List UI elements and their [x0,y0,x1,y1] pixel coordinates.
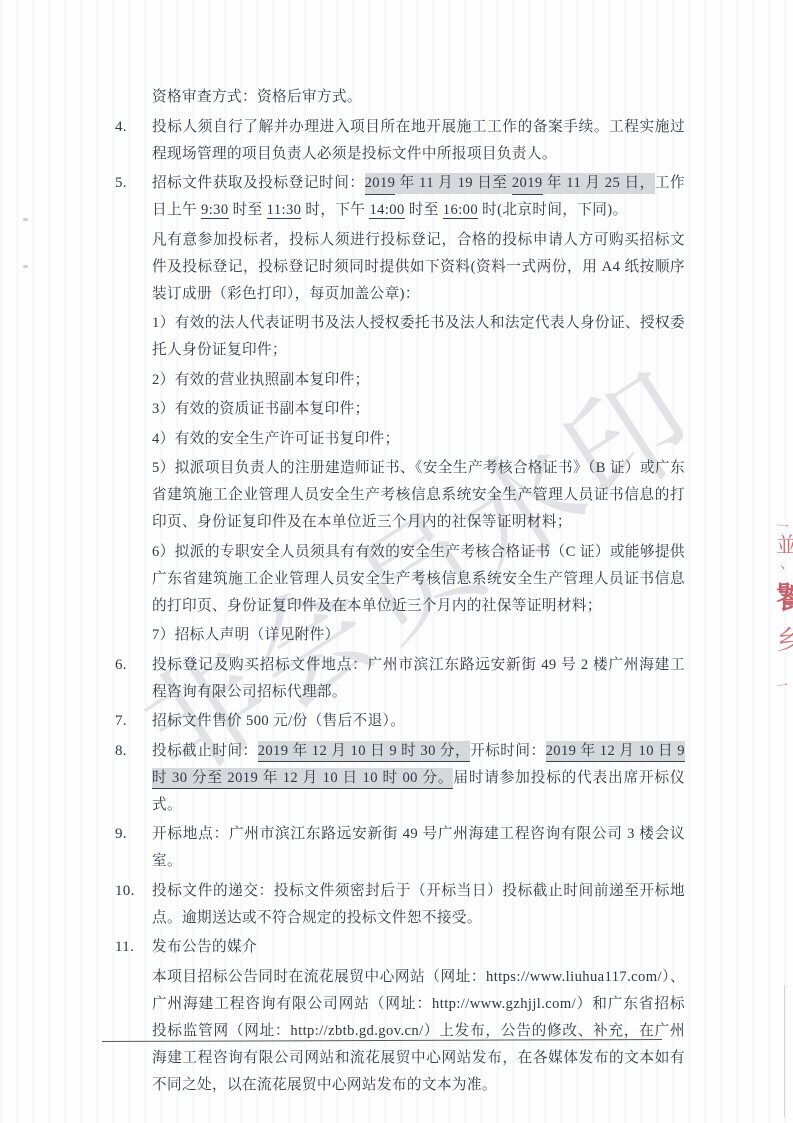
item-number [115,455,152,536]
item-number: 4. [115,114,152,168]
paragraph: 8.投标截止时间：2019 年 12 月 10 日 9 时 30 分，开标时间：… [115,738,685,819]
stamp-mark: 饕 [776,584,793,614]
paragraph-text: 1）有效的法人代表证明书及法人授权委托书及法人和法定代表人身份证、授权委托人身份… [152,310,685,364]
item-number [115,367,152,394]
scan-edge-line [784,985,785,1117]
stamp-mark: 丶 [776,562,788,574]
text-run: 年 11 月 25 日， [543,173,655,194]
paragraph: 资格审查方式：资格后审方式。 [115,84,685,111]
text-run: 2019 [365,173,396,195]
text-run: 3）有效的资质证书副本复印件； [152,401,370,417]
item-number [115,227,152,308]
text-run: 凡有意参加投标者，投标人须进行投标登记，合格的投标申请人方可购买招标文件及投标登… [152,232,685,302]
item-number: 5. [115,170,152,224]
paragraph-text: 投标人须自行了解并办理进入项目所在地开展施工工作的备案手续。工程实施过程现场管理… [152,114,685,168]
text-run: 4）有效的安全生产许可证书复印件； [152,431,400,447]
text-run: 时至 [229,202,267,218]
text-run: 9:30 [201,202,229,219]
paragraph: 3）有效的资质证书副本复印件； [115,396,685,423]
paragraph-text: 投标截止时间：2019 年 12 月 10 日 9 时 30 分，开标时间：20… [152,738,685,819]
text-run: 时(北京时间，下同)。 [478,202,628,218]
text-run: 招标文件售价 500 元/份（售后不退）。 [152,713,405,729]
text-run: 2）有效的营业执照副本复印件； [152,372,370,388]
text-run: 投标截止时间： [152,743,258,759]
text-run: 投标文件的递交：投标文件须密封后于（开标当日）投标截止时间前递至开标地点。逾期送… [152,883,685,926]
text-run: 2019 年 12 月 10 日 9 时 30 分， [258,741,471,763]
text-run: 14:00 [369,202,404,219]
item-number [115,964,152,1099]
paragraph-text: 6）拟派的专职安全人员须具有有效的安全生产考核合格证书（C 证）或能够提供广东省… [152,539,685,620]
paragraph: 10.投标文件的递交：投标文件须密封后于（开标当日）投标截止时间前递至开标地点。… [115,878,685,932]
text-run: 年 11 月 19 日至 [395,173,511,194]
paragraph: 6）拟派的专职安全人员须具有有效的安全生产考核合格证书（C 证）或能够提供广东省… [115,539,685,620]
text-run: 2019 [512,173,543,195]
text-run: 开标地点：广州市滨江东路远安新街 49 号广州海建工程咨询有限公司 3 楼会议室… [152,826,685,869]
item-number [115,622,152,649]
paragraph: 2）有效的营业执照副本复印件； [115,367,685,394]
document-body: 资格审查方式：资格后审方式。4.投标人须自行了解并办理进入项目所在地开展施工工作… [115,84,685,1101]
paragraph-text: 5）拟派项目负责人的注册建造师证书、《安全生产考核合格证书》（B 证）或广东省建… [152,455,685,536]
text-run: 时至 [405,202,443,218]
stamp-mark: 一 [775,519,790,534]
paragraph: 4.投标人须自行了解并办理进入项目所在地开展施工工作的备案手续。工程实施过程现场… [115,114,685,168]
paragraph: 9.开标地点：广州市滨江东路远安新街 49 号广州海建工程咨询有限公司 3 楼会… [115,821,685,875]
item-number [115,84,152,111]
scanned-document-page: 非会员水印 资格审查方式：资格后审方式。4.投标人须自行了解并办理进入项目所在地… [0,0,793,1123]
paragraph: 本项目招标公告同时在流花展贸中心网站（网址：https://www.liuhua… [115,964,685,1099]
paragraph-text: 投标文件的递交：投标文件须密封后于（开标当日）投标截止时间前递至开标地点。逾期送… [152,878,685,932]
item-number: 9. [115,821,152,875]
stamp-mark: 乡 [776,628,793,654]
paragraph-text: 招标文件售价 500 元/份（售后不退）。 [152,708,685,735]
paragraph-text: 本项目招标公告同时在流花展贸中心网站（网址：https://www.liuhua… [152,964,685,1099]
paragraph: 5）拟派项目负责人的注册建造师证书、《安全生产考核合格证书》（B 证）或广东省建… [115,455,685,536]
paragraph: 7）招标人声明（详见附件） [115,622,685,649]
text-run: 本项目招标公告同时在流花展贸中心网站（网址：https://www.liuhua… [152,969,685,1093]
text-run: 招标文件获取及投标登记时间： [152,175,365,191]
paragraph: 6.投标登记及购买招标文件地点：广州市滨江东路远安新街 49 号 2 楼广州海建… [115,652,685,706]
scan-speck [23,218,28,221]
paragraph: 4）有效的安全生产许可证书复印件； [115,426,685,453]
text-run: 资格审查方式：资格后审方式。 [152,89,362,105]
paragraph: 5.招标文件获取及投标登记时间：2019 年 11 月 19 日至 2019 年… [115,170,685,224]
paragraph-text: 4）有效的安全生产许可证书复印件； [152,426,685,453]
paragraph-text: 3）有效的资质证书副本复印件； [152,396,685,423]
text-run: 6）拟派的专职安全人员须具有有效的安全生产考核合格证书（C 证）或能够提供广东省… [152,544,685,614]
item-number [115,539,152,620]
item-number [115,310,152,364]
text-run: 投标登记及购买招标文件地点：广州市滨江东路远安新街 49 号 2 楼广州海建工程… [152,657,685,700]
paragraph-text: 投标登记及购买招标文件地点：广州市滨江东路远安新街 49 号 2 楼广州海建工程… [152,652,685,706]
paragraph: 7.招标文件售价 500 元/份（售后不退）。 [115,708,685,735]
item-number: 8. [115,738,152,819]
stamp-mark: 並 [776,535,793,556]
text-run: 发布公告的媒介 [152,939,257,955]
paragraph-text: 开标地点：广州市滨江东路远安新街 49 号广州海建工程咨询有限公司 3 楼会议室… [152,821,685,875]
stamp-mark: 一 [775,679,788,692]
scan-speck [23,265,28,268]
paragraph: 1）有效的法人代表证明书及法人授权委托书及法人和法定代表人身份证、授权委托人身份… [115,310,685,364]
item-number: 6. [115,652,152,706]
text-run: 5）拟派项目负责人的注册建造师证书、《安全生产考核合格证书》（B 证）或广东省建… [152,460,685,530]
text-run: 11:30 [267,202,302,219]
paragraph: 凡有意参加投标者，投标人须进行投标登记，合格的投标申请人方可购买招标文件及投标登… [115,227,685,308]
paragraph-text: 2）有效的营业执照副本复印件； [152,367,685,394]
red-stamp-marks: 一並丶饕乡一 [763,512,793,697]
text-run: 7）招标人声明（详见附件） [152,627,340,643]
paragraph-text: 招标文件获取及投标登记时间：2019 年 11 月 19 日至 2019 年 1… [152,170,685,224]
item-number: 7. [115,708,152,735]
paragraph-text: 资格审查方式：资格后审方式。 [152,84,685,111]
paragraph-text: 发布公告的媒介 [152,934,685,961]
paragraph: 11.发布公告的媒介 [115,934,685,961]
text-run: 16:00 [443,202,478,219]
paragraph-text: 凡有意参加投标者，投标人须进行投标登记，合格的投标申请人方可购买招标文件及投标登… [152,227,685,308]
item-number: 10. [115,878,152,932]
text-run: 时，下午 [301,202,369,218]
paragraph-text: 7）招标人声明（详见附件） [152,622,685,649]
text-run: 投标人须自行了解并办理进入项目所在地开展施工工作的备案手续。工程实施过程现场管理… [152,119,685,162]
item-number [115,426,152,453]
text-run: 开标时间： [470,743,545,759]
text-run: 1）有效的法人代表证明书及法人授权委托书及法人和法定代表人身份证、授权委托人身份… [152,315,685,358]
item-number [115,396,152,423]
item-number: 11. [115,934,152,961]
